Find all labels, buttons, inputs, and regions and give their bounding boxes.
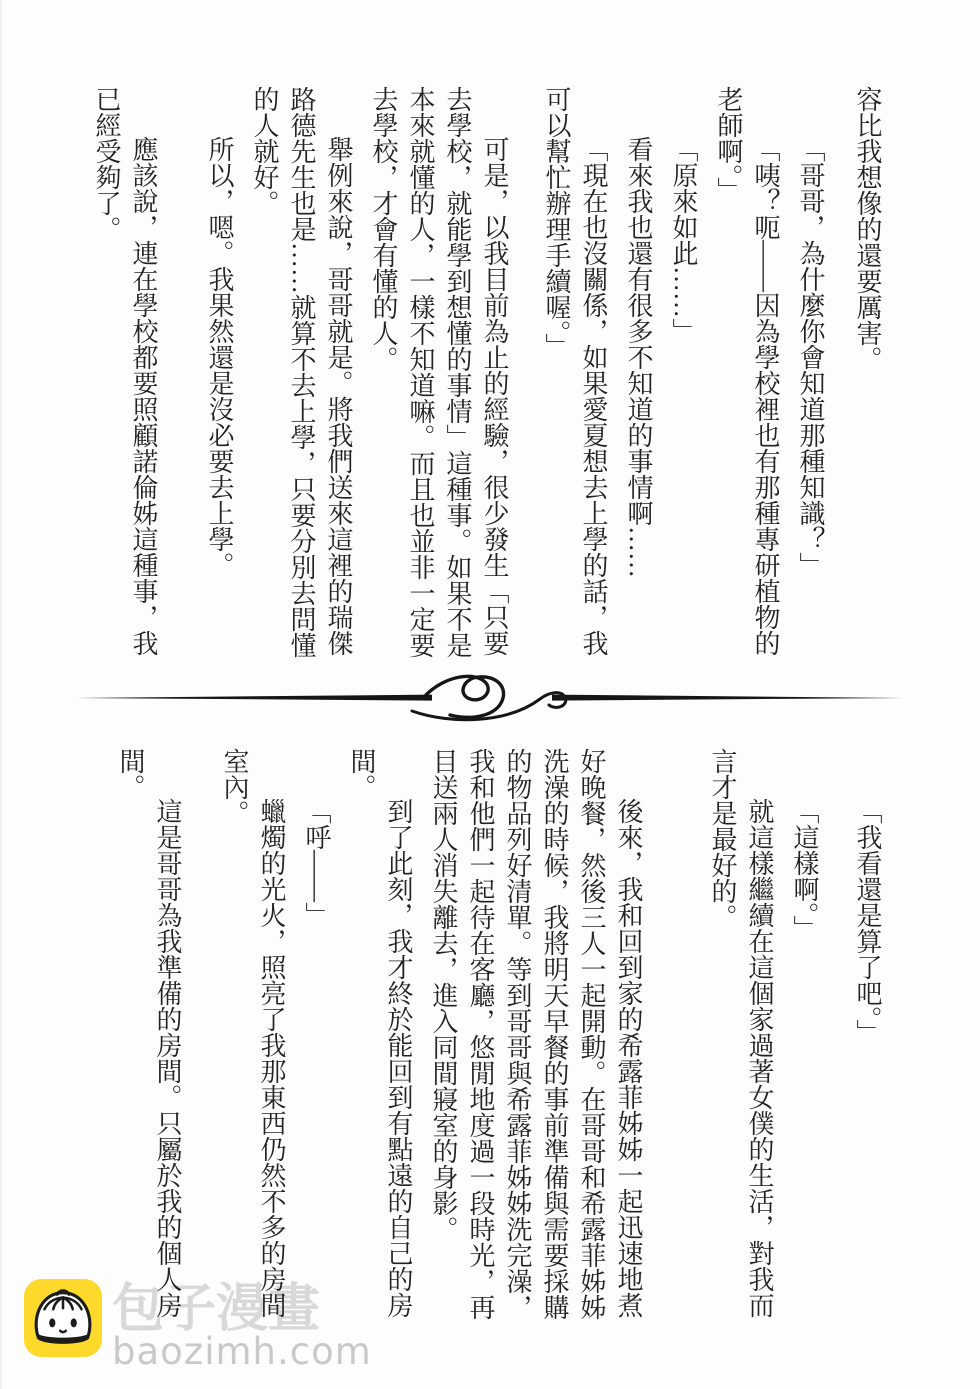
paragraph: 就這樣繼續在這個家過著女僕的生活，對我而言才是最好的。	[704, 748, 778, 1340]
paragraph: 「這樣啊。」	[786, 748, 823, 1340]
paragraph: 容比我想像的還要厲害。	[849, 86, 886, 678]
text-line: 老師啊。」	[710, 86, 747, 678]
text-line: 應該說，連在學校都要照顧諾倫姊這種事，我	[125, 86, 162, 678]
paragraph: 看來我也還有很多不知道的事情啊……	[620, 86, 657, 678]
text-line: 室內。	[216, 748, 253, 1340]
scan-edge-shadow	[0, 0, 3, 1389]
paragraph: 「咦？呃——因為學校裡也有那種專研植物的老師啊。」	[710, 86, 784, 678]
paragraph: 可是，以我目前為止的經驗，很少發生「只要去學校，就能學到想懂的事情」這種事。如果…	[365, 86, 513, 678]
text-line: 「這樣啊。」	[786, 748, 823, 1340]
paragraph: 舉例來說，哥哥就是。將我們送來這裡的瑞傑路德先生也是……就算不去上學，只要分別去…	[246, 86, 357, 678]
paragraph: 蠟燭的光火，照亮了我那東西仍然不多的房間室內。	[216, 748, 290, 1340]
paragraph: 這是哥哥為我準備的房間。只屬於我的個人房間。	[112, 748, 186, 1340]
paragraph: 「我看還是算了吧。」	[849, 748, 886, 1340]
text-line: 蠟燭的光火，照亮了我那東西仍然不多的房間	[253, 748, 290, 1340]
text-line: 看來我也還有很多不知道的事情啊……	[620, 86, 657, 678]
text-line: 我和他們一起待在客廳，悠閒地度過一段時光，再	[462, 748, 499, 1340]
text-line: 「哥哥，為什麼你會知道那種知識？」	[792, 86, 829, 678]
text-line: 就這樣繼續在這個家過著女僕的生活，對我而	[741, 748, 778, 1340]
text-line: 去學校，才會有懂的人。	[365, 86, 402, 678]
novel-page: 容比我想像的還要厲害。「哥哥，為什麼你會知道那種知識？」「咦？呃——因為學校裡也…	[0, 0, 980, 1389]
section-divider	[72, 669, 908, 725]
text-line: 「原來如此……」	[665, 86, 702, 678]
paragraph: 到了此刻，我才終於能回到有點遠的自己的房間。	[343, 748, 417, 1340]
text-line: 到了此刻，我才終於能回到有點遠的自己的房	[380, 748, 417, 1340]
paragraph: 「原來如此……」	[665, 86, 702, 678]
text-line: 「現在也沒關係，如果愛夏想去上學的話，我	[575, 86, 612, 678]
paragraph: 「呼——」	[298, 748, 335, 1340]
paragraph: 應該說，連在學校都要照顧諾倫姊這種事，我已經受夠了。	[88, 86, 162, 678]
top-text-section: 容比我想像的還要厲害。「哥哥，為什麼你會知道那種知識？」「咦？呃——因為學校裡也…	[88, 86, 886, 678]
baozi-logo-icon	[24, 1279, 102, 1357]
text-line: 可是，以我目前為止的經驗，很少發生「只要	[476, 86, 513, 678]
text-line: 的物品列好清單。等到哥哥與希露菲姊姊洗完澡，	[499, 748, 536, 1340]
paragraph: 「哥哥，為什麼你會知道那種知識？」	[792, 86, 829, 678]
text-line: 舉例來說，哥哥就是。將我們送來這裡的瑞傑	[320, 86, 357, 678]
text-line: 目送兩人消失離去，進入同間寢室的身影。	[425, 748, 462, 1340]
bottom-text-section: 「我看還是算了吧。」「這樣啊。」就這樣繼續在這個家過著女僕的生活，對我而言才是最…	[112, 748, 886, 1340]
text-line: 「咦？呃——因為學校裡也有那種專研植物的	[747, 86, 784, 678]
flourish-divider-graphic	[72, 669, 908, 725]
text-line: 「我看還是算了吧。」	[849, 748, 886, 1340]
text-line: 「呼——」	[298, 748, 335, 1340]
text-line: 這是哥哥為我準備的房間。只屬於我的個人房	[149, 748, 186, 1340]
text-line: 已經受夠了。	[88, 86, 125, 678]
text-line: 洗澡的時候，我將明天早餐的事前準備與需要採購	[536, 748, 573, 1340]
text-line: 去學校，就能學到想懂的事情」這種事。如果不是	[439, 86, 476, 678]
paragraph: 「現在也沒關係，如果愛夏想去上學的話，我可以幫忙辦理手續喔。」	[538, 86, 612, 678]
text-line: 的人就好。	[246, 86, 283, 678]
text-line: 可以幫忙辦理手續喔。」	[538, 86, 575, 678]
text-line: 路德先生也是……就算不去上學，只要分別去問懂	[283, 86, 320, 678]
text-line: 間。	[343, 748, 380, 1340]
text-line: 間。	[112, 748, 149, 1340]
text-line: 言才是最好的。	[704, 748, 741, 1340]
paragraph: 後來，我和回到家的希露菲姊姊一起迅速地煮好晚餐，然後三人一起開動。在哥哥和希露菲…	[425, 748, 647, 1340]
text-line: 所以，嗯。我果然還是沒必要去上學。	[201, 86, 238, 678]
text-line: 容比我想像的還要厲害。	[849, 86, 886, 678]
text-line: 本來就懂的人，一樣不知道嘛。而且也並非一定要	[402, 86, 439, 678]
text-line: 好晚餐，然後三人一起開動。在哥哥和希露菲姊姊	[573, 748, 610, 1340]
text-line: 後來，我和回到家的希露菲姊姊一起迅速地煮	[610, 748, 647, 1340]
paragraph: 所以，嗯。我果然還是沒必要去上學。	[201, 86, 238, 678]
